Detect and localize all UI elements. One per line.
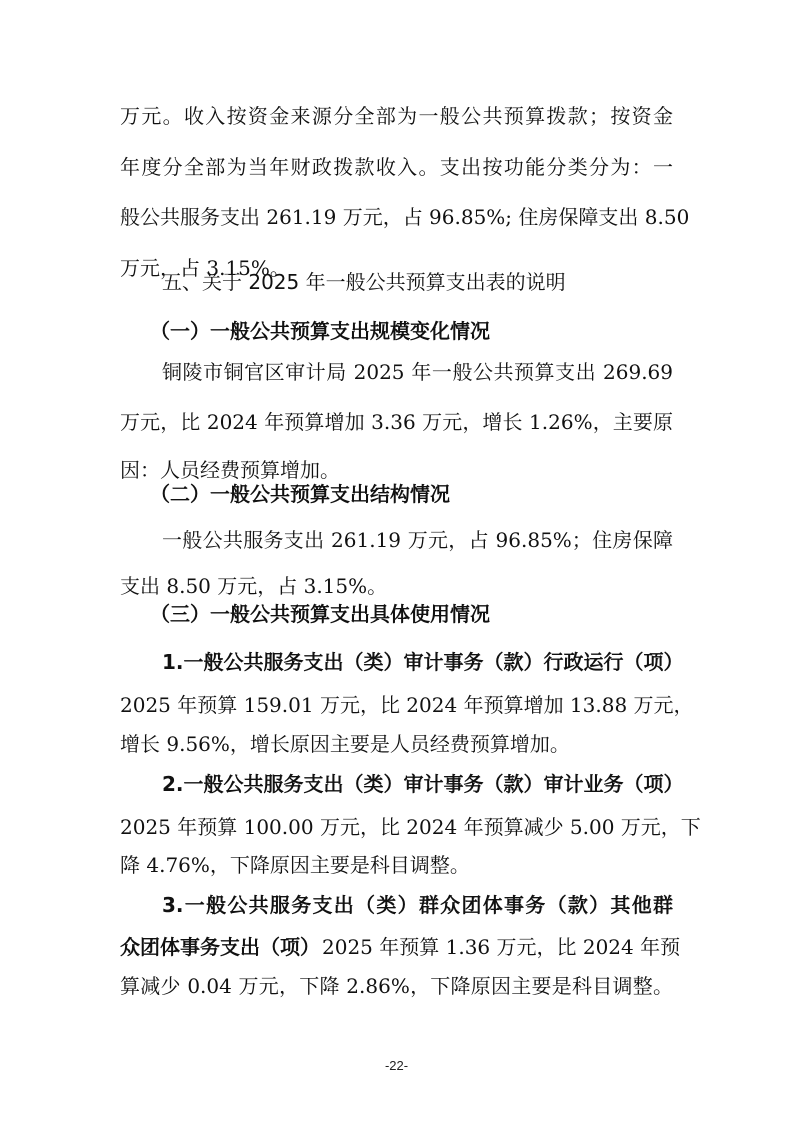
intro-line: 年度分全部为当年财政拨款收入。支出按功能分类分为：一 [120, 155, 673, 179]
section-title: 五、关于 2025 年一般公共预算支出表的说明 [162, 270, 715, 294]
paragraph-line: 因：人员经费预算增加。 [120, 458, 673, 482]
paragraph-line: 万元，比 2024 年预算增加 3.36 万元，增长 1.26%，主要原 [120, 410, 673, 434]
paragraph-line: 算减少 0.04 万元，下降 2.86%，下降原因主要是科目调整。 [120, 974, 673, 998]
paragraph-line: 降 4.76%，下降原因主要是科目调整。 [120, 853, 673, 877]
paragraph-line: 支出 8.50 万元，占 3.15%。 [120, 574, 673, 598]
item-title-1: 1.一般公共服务支出（类）审计事务（款）行政运行（项） [162, 650, 673, 674]
intro-line: 万元。收入按资金来源分全部为一般公共预算拨款；按资金 [120, 104, 673, 128]
item-title-3: 3.一般公共服务支出（类）群众团体事务（款）其他群 [162, 893, 673, 917]
paragraph-line-mixed: 众团体事务支出（项） 2025 年预算 1.36 万元，比 2024 年预 [120, 935, 673, 959]
paragraph-line: 一般公共服务支出 261.19 万元，占 96.85%；住房保障 [162, 528, 673, 552]
item-title-3-cont: 众团体事务支出（项） [120, 935, 320, 959]
paragraph-line: 2025 年预算 100.00 万元，比 2024 年预算减少 5.00 万元，… [120, 815, 673, 839]
paragraph-line: 增长 9.56%，增长原因主要是人员经费预算增加。 [120, 732, 673, 756]
subsection-heading-1: （一）一般公共预算支出规模变化情况 [150, 319, 703, 343]
intro-line: 般公共服务支出 261.19 万元，占 96.85%; 住房保障支出 8.50 [120, 205, 673, 229]
paragraph-line: 2025 年预算 159.01 万元，比 2024 年预算增加 13.88 万元… [120, 693, 673, 717]
paragraph-line: 铜陵市铜官区审计局 2025 年一般公共预算支出 269.69 [162, 360, 673, 384]
subsection-heading-2: （二）一般公共预算支出结构情况 [150, 482, 703, 506]
item-text: 2025 年预算 1.36 万元，比 2024 年预 [322, 935, 680, 959]
subsection-heading-3: （三）一般公共预算支出具体使用情况 [150, 602, 703, 626]
item-title-2: 2.一般公共服务支出（类）审计事务（款）审计业务（项） [162, 772, 673, 796]
page-number: -22- [0, 1058, 793, 1073]
